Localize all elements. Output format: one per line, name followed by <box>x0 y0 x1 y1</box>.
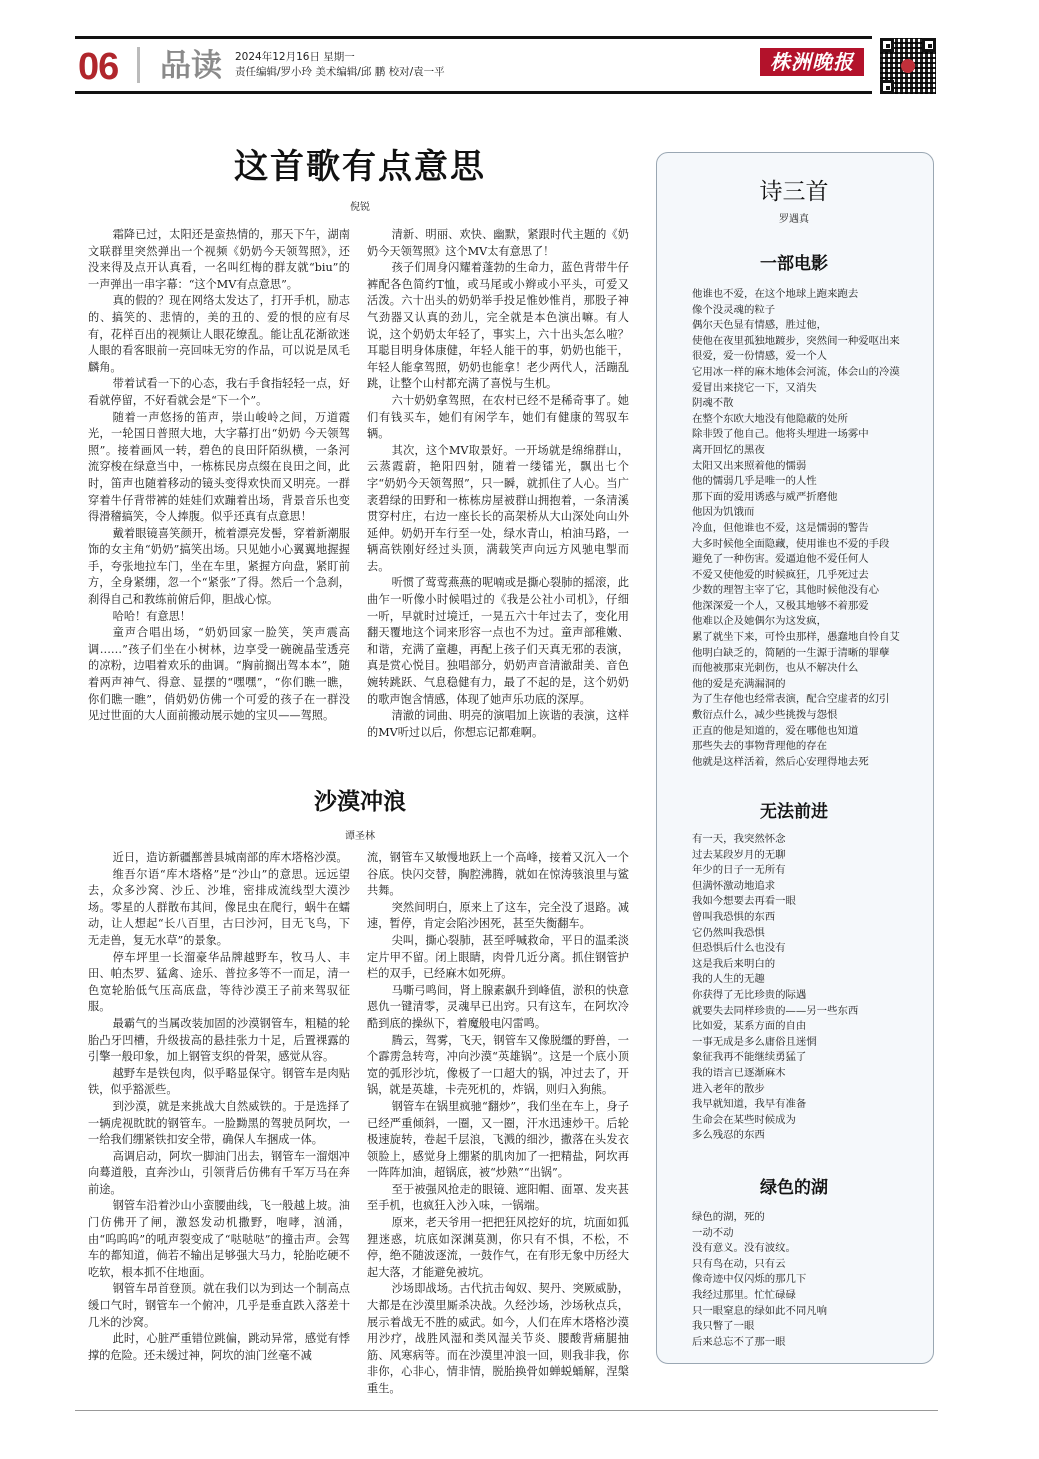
paragraph: 至于被强风抢走的眼镜、遮阳帽、面罩、发夹甚至手机，也疯狂入沙入味，一锅端。 <box>367 1182 629 1215</box>
poem-line: 我只瞥了一眼 <box>692 1319 922 1335</box>
poem-line: 我如今想要去再看一眼 <box>692 894 922 910</box>
poem-line: 他的懦弱几乎是唯一的人性 <box>692 474 922 490</box>
article-column: 霜降已过，太阳还是蛮热情的，那天下午，湖南文联群里突然弹出一个视频《奶奶今天领驾… <box>88 227 350 725</box>
section-name: 品读 <box>160 46 222 86</box>
poem-line: 那下面的爱用诱惑与威严折磨他 <box>692 490 922 506</box>
poem-line: 累了就坐下来，可怜虫那样，愚蠢地自怜自艾 <box>692 630 922 646</box>
poem-line: 比如爱，某系方面的自由 <box>692 1019 922 1035</box>
poem-line: 他谁也不爱，在这个地球上跑来跑去 <box>692 287 922 303</box>
poem-author: 罗遇真 <box>656 210 932 225</box>
poem-body: 绿色的湖，死的一动不动没有意义。没有波纹。只有鸟在动，只有云像奇迹中仅闪烁的那几… <box>692 1210 922 1350</box>
poem-line: 进入老年的散步 <box>692 1082 922 1098</box>
poem-line: 后来总忘不了那一眼 <box>692 1335 922 1351</box>
poem-title: 一部电影 <box>656 252 932 276</box>
poem-line: 敷衍点什么，减少些挑拨与怨恨 <box>692 708 922 724</box>
poem-line: 只一眼窒息的绿如此不同凡响 <box>692 1304 922 1320</box>
poem-line: 那些失去的事物背理他的存在 <box>692 739 922 755</box>
article-author: 倪锐 <box>150 198 570 213</box>
poem-line: 像奇迹中仅闪烁的那几下 <box>692 1272 922 1288</box>
paragraph: 此时，心脏严重错位跳偏，跳动异常，感觉有悸撑的危险。还未缓过神，阿坎的油门丝毫不… <box>88 1331 350 1364</box>
header-separator <box>137 47 140 83</box>
poem-title: 无法前进 <box>656 800 932 824</box>
paragraph: 到沙漠，就是来挑战大自然威铁的。于是选择了一辆虎视眈眈的钢管车。一脸黝黑的驾驶员… <box>88 1099 350 1149</box>
poem-body: 他谁也不爱，在这个地球上跑来跑去像个没灵魂的粒子偶尔天色显有情感，胜过他，使他在… <box>692 287 922 770</box>
paragraph: 维吾尔语“库木塔格”是“沙山”的意思。远远望去，众多沙窝、沙丘、沙堆，密排成流线… <box>88 867 350 950</box>
qr-code-icon[interactable] <box>880 38 936 94</box>
poem-line: 不爱又使他爱的时候疯狂，几乎死过去 <box>692 568 922 584</box>
paragraph: 原来，老天爷用一把把狂风挖好的坑，坑面如狐狸迷惑，坑底如深渊莫测，你只有不惧，不… <box>367 1215 629 1281</box>
poem-line: 这是我后来明白的 <box>692 957 922 973</box>
paragraph: 真的假的？现在网络太发达了，打开手机，励志的、搞笑的、悲情的，美的丑的、爱的恨的… <box>88 293 350 376</box>
article-author: 谭圣林 <box>150 827 570 842</box>
poem-line: 他深深爱一个人，又极其地够不着那爱 <box>692 599 922 615</box>
poem-line: 他就是这样活着，然后心安理得地去死 <box>692 755 922 771</box>
article-title: 这首歌有点意思 <box>150 144 570 190</box>
poem-line: 像个没灵魂的粒子 <box>692 303 922 319</box>
paragraph: 清澈的词曲、明亮的演唱加上诙谐的表演，这样的MV听过以后，你想忘记都难啊。 <box>367 708 629 741</box>
paragraph: 钢管车沿着沙山小蛮腰曲线，飞一般越上坡。油门仿佛开了闸，激怒发动机撒野，咆哮，汹… <box>88 1198 350 1281</box>
paragraph: 越野车是铁包肉，似乎略显保守。钢管车是肉贴铁，似乎豁派些。 <box>88 1066 350 1099</box>
header-top-rule <box>75 36 872 39</box>
poem-line: 一动不动 <box>692 1226 922 1242</box>
poem-line: 离开回忆的黑夜 <box>692 443 922 459</box>
paragraph: 带着试看一下的心态，我右手食指轻轻一点，好看就停留，不好看就会是“下一个”。 <box>88 376 350 409</box>
poem-line: 爱冒出来挠它一下，又消失 <box>692 381 922 397</box>
poem-line: 他因为饥饿而 <box>692 505 922 521</box>
newspaper-logo: 株洲晚报 <box>760 48 864 76</box>
poem-line: 大多时候他全面隐藏，使用谁也不爱的手段 <box>692 537 922 553</box>
paragraph: 童声合唱出场，“奶奶回家一脸笑，笑声震高调……”孩子们坐在小树林，边享受一碗碗晶… <box>88 625 350 725</box>
poem-line: 在整个东欧大地没有他隐蔽的处所 <box>692 412 922 428</box>
poem-line: 正直的他是知道的，爱在哪他也知道 <box>692 724 922 740</box>
poem-line: 他的爱是充满漏洞的 <box>692 677 922 693</box>
qr-finder-icon <box>880 38 894 52</box>
poem-line: 我的语言已逐渐麻木 <box>692 1066 922 1082</box>
poem-line: 很爱，爱一份情感，爱一个人 <box>692 349 922 365</box>
poem-line: 有一天，我突然怀念 <box>692 832 922 848</box>
paragraph: 哈哈！有意思！ <box>88 609 350 626</box>
poem-line: 你获得了无比珍贵的际遇 <box>692 988 922 1004</box>
paragraph: 停车坪里一长溜豪华品牌越野车，牧马人、丰田、帕杰罗、猛禽、途乐、普拉多等不一而足… <box>88 950 350 1016</box>
poem-line: 他难以企及她偶尔为这发疯， <box>692 614 922 630</box>
poem-line: 曾叫我恐惧的东西 <box>692 910 922 926</box>
paragraph: 近日，造访新疆鄯善县城南部的库木塔格沙漠。 <box>88 850 350 867</box>
poem-line: 象征我再不能继续勇猛了 <box>692 1050 922 1066</box>
poem-line: 生命会在某些时候成为 <box>692 1113 922 1129</box>
paragraph: 钢管车在锅里疯驰“翻炒”，我们坐在车上，身子已经严重倾斜，一圈，又一圈，汗水迅速… <box>367 1099 629 1182</box>
poem-line: 少数的理智主宰了它，其他时候他没有心 <box>692 583 922 599</box>
poem-line: 但满怀激动地追求 <box>692 879 922 895</box>
paragraph: 孩子们周身闪耀着蓬勃的生命力，蓝色背带牛仔裤配各色简约T恤，或马尾或小辫或小平头… <box>367 260 629 393</box>
poem-line: 避免了一种伤害。爱逼迫他不爱任何人 <box>692 552 922 568</box>
poem-line: 除非毁了他自己。他将头埋进一场雾中 <box>692 427 922 443</box>
poem-line: 使他在夜里孤独地踱步，突然间一种爱呕出来 <box>692 334 922 350</box>
article-column: 清新、明丽、欢快、幽默，紧跟时代主题的《奶奶今天领驾照》这个MV太有意思了！ 孩… <box>367 227 629 741</box>
poem-line: 他明白缺乏的，简陋的一生源于清晰的罪孽 <box>692 646 922 662</box>
paragraph: 突然间明白，原来上了这车，完全没了退路。减速，暂停，肯定会陷沙困死，甚至失衡翻车… <box>367 900 629 933</box>
paragraph: 尖叫，撕心裂肺，甚至呼喊救命，平日的温柔淡定片甲不留。闭上眼睛，肉骨几近分离。抓… <box>367 933 629 983</box>
article-title: 沙漠冲浪 <box>150 786 570 818</box>
qr-finder-icon <box>880 80 894 94</box>
poem-line: 我经过那里。忙忙碌碌 <box>692 1288 922 1304</box>
poem-line: 我的人生的无趣 <box>692 972 922 988</box>
article-column: 流，钢管车又敏慢地跃上一个高峰，接着又沉入一个谷底。快闪交替，胸腔沸腾，就如在惊… <box>367 850 629 1398</box>
poem-line: 阴魂不散 <box>692 396 922 412</box>
poem-line: 年少的日子一无所有 <box>692 863 922 879</box>
paragraph: 清新、明丽、欢快、幽默，紧跟时代主题的《奶奶今天领驾照》这个MV太有意思了！ <box>367 227 629 260</box>
footer-rule <box>75 1410 938 1411</box>
poem-line: 我早就知道，我早有准备 <box>692 1097 922 1113</box>
paragraph: 钢管车昂首登顶。就在我们以为到达一个制高点缓口气时，钢管车一个俯冲，几乎是垂直跌… <box>88 1281 350 1331</box>
poem-line: 而他被那束光刺伤，也从不解决什么 <box>692 661 922 677</box>
header-bottom-rule <box>75 91 872 94</box>
paragraph: 听惯了莺莺燕燕的呢喃或是撕心裂肺的摇滚，此曲乍一听像小时候唱过的《我是公社小司机… <box>367 575 629 708</box>
qr-finder-icon <box>922 38 936 52</box>
paragraph: 戴着眼镜喜笑颜开，梳着漂亮发髻，穿着新潮服饰的女主角“奶奶”搞笑出场。只见她小心… <box>88 526 350 609</box>
article-column: 近日，造访新疆鄯善县城南部的库木塔格沙漠。 维吾尔语“库木塔格”是“沙山”的意思… <box>88 850 350 1364</box>
paragraph: 霜降已过，太阳还是蛮热情的，那天下午，湖南文联群里突然弹出一个视频《奶奶今天领驾… <box>88 227 350 293</box>
poem-line: 过去某段岁月的无聊 <box>692 848 922 864</box>
poem-line: 太阳又出来照着他的懦弱 <box>692 459 922 475</box>
poem-line: 但恐惧后什么也没有 <box>692 941 922 957</box>
paragraph: 高调启动，阿坎一脚油门出去，钢管车一溜烟冲向蓦道般，直奔沙山，引领背后仿佛有千军… <box>88 1149 350 1199</box>
editor-credits: 责任编辑/罗小玲 美术编辑/邱 鹏 校对/袁一平 <box>235 65 445 80</box>
paragraph: 随着一声悠扬的笛声，崇山峻岭之间，万道霞光，一轮国日普照大地，大字幕打出“奶奶 … <box>88 410 350 526</box>
paragraph: 最霸气的当属改装加固的沙漠钢管车，粗糙的轮胎凸牙凹槽，升级拔高的悬挂张力十足，后… <box>88 1016 350 1066</box>
poem-line: 多么残忍的东西 <box>692 1128 922 1144</box>
poem-line: 它用冰一样的麻木地体会河流，体会山的冷漠 <box>692 365 922 381</box>
poem-line: 偶尔天色显有情感，胜过他， <box>692 318 922 334</box>
poem-body: 有一天，我突然怀念过去某段岁月的无聊年少的日子一无所有但满怀激动地追求我如今想要… <box>692 832 922 1144</box>
paragraph: 其次，这个MV取景好。一开场就是绵绵群山，云蒸霞蔚，艳阳四射，随着一缕镭光，飘出… <box>367 443 629 576</box>
poem-line: 冷血，但他谁也不爱，这是懦弱的警告 <box>692 521 922 537</box>
poem-line: 就要失去同样珍贵的——另一些东西 <box>692 1004 922 1020</box>
poem-line: 一事无成是多么庸俗且迷惘 <box>692 1035 922 1051</box>
poem-line: 没有意义。没有波纹。 <box>692 1241 922 1257</box>
paragraph: 马嘶弓鸣间，肾上腺素飙升到峰值，淤积的快意恩仇一键清零，灵魂早已出窍。只有这车，… <box>367 983 629 1033</box>
qr-seal-icon <box>901 59 915 73</box>
poem-line: 只有鸟在动，只有云 <box>692 1257 922 1273</box>
paragraph: 沙场即战场。古代抗击匈奴、契丹、突厥威胁，大都是在沙漠里厮杀决战。久经沙场，沙场… <box>367 1281 629 1397</box>
paragraph: 腾云，驾雾，飞天，钢管车又像脱缰的野兽，一个霹雳急转弯，冲向沙漠“英雄锅”。这是… <box>367 1033 629 1099</box>
poem-line: 绿色的湖，死的 <box>692 1210 922 1226</box>
header-meta: 2024年12月16日 星期一 责任编辑/罗小玲 美术编辑/邱 鹏 校对/袁一平 <box>235 50 445 80</box>
paragraph: 流，钢管车又敏慢地跃上一个高峰，接着又沉入一个谷底。快闪交替，胸腔沸腾，就如在惊… <box>367 850 629 900</box>
poem-section-title: 诗三首 <box>656 176 932 208</box>
poem-title: 绿色的湖 <box>656 1176 932 1200</box>
paragraph: 六十奶奶拿驾照，在农村已经不是稀奇事了。她们有钱买车，她们有闲学车，她们有健康的… <box>367 393 629 443</box>
poem-line: 为了生存他也经常表演，配合空虚者的幻引 <box>692 692 922 708</box>
poem-line: 它仍然叫我恐惧 <box>692 926 922 942</box>
page-number: 06 <box>78 45 118 89</box>
issue-date: 2024年12月16日 星期一 <box>235 50 445 65</box>
